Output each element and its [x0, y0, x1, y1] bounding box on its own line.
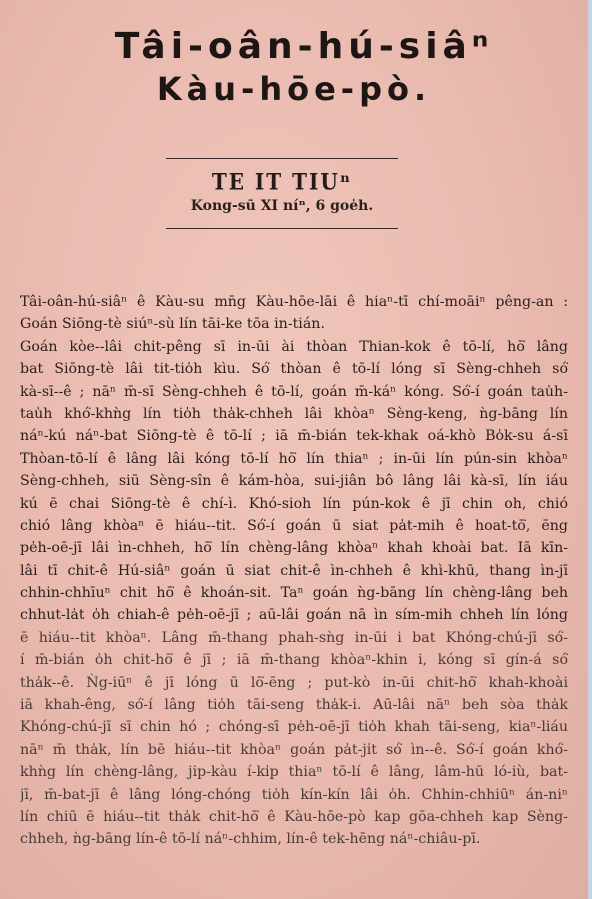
article-line: khǹg lín chèng-lâng, jip-kàu í-ki̍p thia… [20, 761, 568, 783]
article-line: chhin-chhīuⁿ chit hō͘ ê khoán-sit. Taⁿ g… [20, 582, 568, 604]
masthead-subtitle: Kàu-hōe-pò. [0, 70, 588, 108]
article-line: chió lâng khòaⁿ ē hiáu--tit. Só͘-í goán … [20, 515, 568, 537]
article-line: tau̍h khó͘-khǹg lín tio̍h tha̍k-chheh lâ… [20, 403, 568, 425]
article-line: kú ē chai Siōng-tè ê chí-ì. Khó-sioh lín… [20, 493, 568, 515]
masthead-title: Tâi-oân-hú-siâⁿ [0, 26, 592, 67]
document-page: Tâi-oân-hú-siâⁿ Kàu-hōe-pò. TE IT TIUⁿ K… [0, 0, 588, 899]
issue-number: TE IT TIUⁿ [166, 169, 398, 195]
article-line: lâi tī chit-ê Hú-siâⁿ goán ū siat chit-ê… [20, 560, 568, 582]
divider-bottom [166, 228, 398, 229]
scan-edge [588, 0, 592, 899]
article-line: Tâi-oân-hú-siâⁿ ê Kàu-su mn̄g Kàu-hōe-lā… [20, 291, 568, 313]
divider-top [166, 158, 398, 159]
article-line: iā khah-êng, só͘-í lâng tio̍h tāi-seng t… [20, 694, 568, 716]
article-line: nāⁿ m̄ tha̍k, lín bē hiáu--tit khòaⁿ goá… [20, 739, 568, 761]
article-line: chheh, ǹg-bāng lín-ê tō-lí náⁿ-chhim, lí… [20, 828, 568, 850]
article-line: Goán kòe--lâi chit-pêng sī in-ūi ài thòa… [20, 336, 568, 358]
article-line: í m̄-bián o̍h chit-hō͘ ê jī ; iā m̄-than… [20, 649, 568, 671]
article-line: lín chiū ē hiáu--tit tha̍k chit-hō͘ ê Kà… [20, 806, 568, 828]
article-line: pe̍h-oē-jī lâi ìn-chheh, hō͘ lín chèng-l… [20, 537, 568, 559]
article-line: chhut-la̍t o̍h chiah-ê pe̍h-oē-jī ; aū-l… [20, 604, 568, 626]
article-line: Khóng-chú-jī sī chin hó ; chóng-sī pe̍h-… [20, 716, 568, 738]
article-line: náⁿ-kú náⁿ-bat Siōng-tè ê tō-lí ; iā m̄-… [20, 425, 568, 447]
article-line: Goán Siōng-tè siúⁿ-sù lín tāi-ke tōa in-… [20, 313, 568, 335]
article-line: jī, m̄-bat-jī ê lâng lóng-chóng tio̍h kí… [20, 784, 568, 806]
article-line: kà-sī--ê ; nāⁿ m̄-sī Sèng-chheh ê tō-lí,… [20, 381, 568, 403]
article-body: Tâi-oân-hú-siâⁿ ê Kàu-su mn̄g Kàu-hōe-lā… [20, 291, 570, 851]
issue-date: Kong-sū XI níⁿ, 6 goe̍h. [166, 198, 398, 214]
article-line: Thòan-tō-lí ê lâng lâi kóng tō-lí hō͘ lí… [20, 448, 568, 470]
article-line: bat Siōng-tè lâi tit-tio̍h kìu. Só͘ thòa… [20, 358, 568, 380]
article-line: Sèng-chheh, siū Sèng-sîn ê kám-hòa, sui-… [20, 470, 568, 492]
article-line: tha̍k--ê. Ǹg-iūⁿ ê jī lóng ū lō͘-ēng ; p… [20, 672, 568, 694]
article-line: ē hiáu--tit khòaⁿ. Lâng m̄-thang phah-sǹ… [20, 627, 568, 649]
